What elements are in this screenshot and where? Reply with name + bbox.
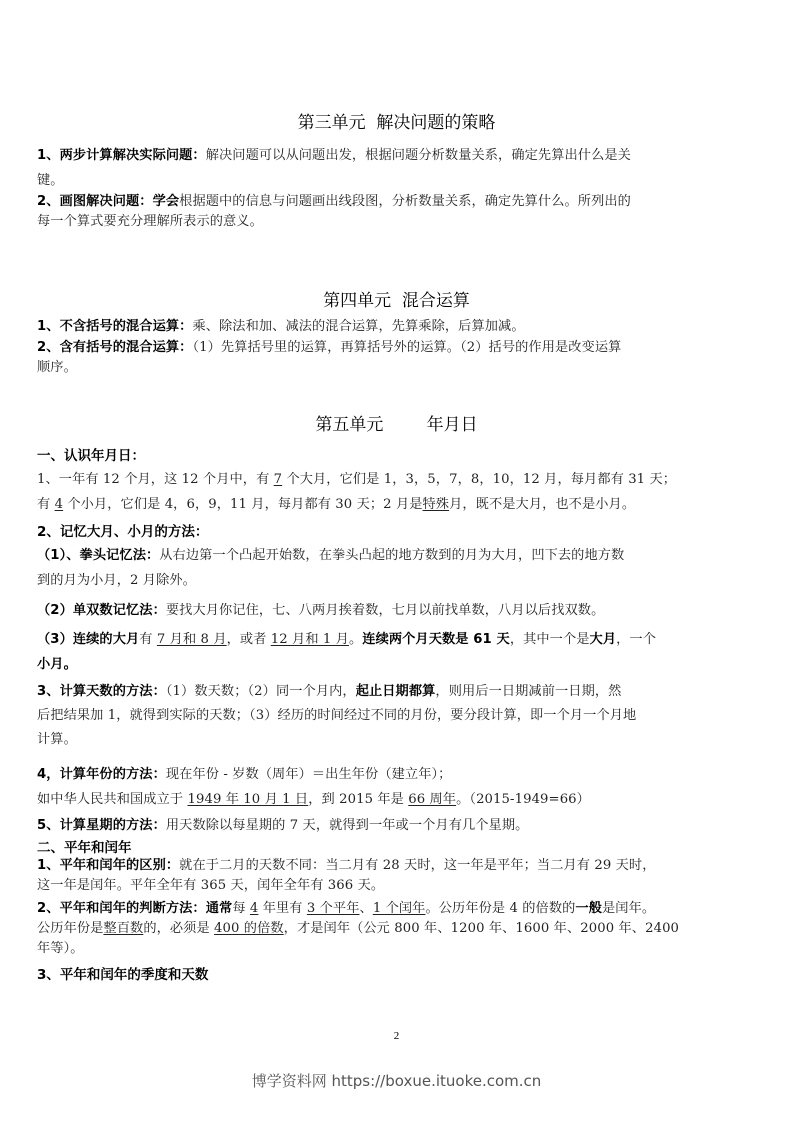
- text: 计算。: [37, 732, 77, 747]
- document-page: 第三单元 解决问题的策略 1、两步计算解决实际问题：解决问题可以从问题出发，根据…: [0, 0, 793, 1122]
- text: 月，既不是大月，也不是小月。: [449, 497, 635, 512]
- text: 每: [232, 901, 250, 916]
- unit5-count-weeks: 5、计算星期的方法：用天数除以每星期的 7 天，就得到一年或一个月有几个星期。: [37, 815, 759, 837]
- unit4-item1-text: 乘、除法和加、减法的混合运算，先算乘除，后算加减。: [192, 319, 524, 334]
- text: 。: [349, 632, 362, 647]
- method-label: （2）单双数记忆法：: [37, 603, 166, 618]
- unit5-sec1-item1: 1、一年有 12 个月，这 12 个月中，有 7 个大月，它们是 1，3，5，7…: [37, 467, 759, 517]
- item-label: 5、计算星期的方法：: [37, 818, 166, 833]
- text: 年等）。: [37, 941, 84, 956]
- text: 公历年份是: [37, 921, 103, 936]
- bold-text: 大月: [590, 632, 617, 647]
- text: 从右边第一个凸起开始数，在拳头凸起的地方数到的月为大月，凹下去的地方数: [159, 548, 624, 563]
- unit5-sec1-heading: 一、认识年月日：: [37, 444, 145, 464]
- text: ，则用后一日期减前一日期，然: [435, 684, 621, 699]
- text: 就在于二月的天数不同：当二月有 28 天时，这一年是平年；当二月有 29 天时，: [179, 858, 655, 873]
- text: ，或者: [227, 632, 271, 647]
- unit3-item1-text: 解决问题可以从问题出发，根据问题分析数量关系，确定先算出什么是关: [206, 148, 631, 163]
- text: 个小月，它们是 4，6，9，11 月，每月都有 30 天；2 月是: [63, 497, 422, 512]
- unit3-item1: 1、两步计算解决实际问题：解决问题可以从问题出发，根据问题分析数量关系，确定先算…: [37, 146, 759, 191]
- text: 个大月，它们是 1，3，5，7，8，10，12 月，每月都有 31 天；: [282, 472, 676, 487]
- unit4-item2: 2、含有括号的混合运算：（1）先算括号里的运算，再算括号外的运算。（2）括号的作…: [37, 338, 759, 378]
- unit5-leap-judgement: 2、平年和闰年的判断方法：通常每 4 年里有 3 个平年、1 个闰年。公历年份是…: [37, 899, 759, 959]
- unit4-item1: 1、不含括号的混合运算：乘、除法和加、减法的混合运算，先算乘除，后算加减。: [37, 317, 759, 337]
- text: 现在年份 - 岁数（周年）＝出生年份（建立年）；: [166, 767, 452, 782]
- page-number: 2: [0, 1030, 793, 1042]
- unit5-memory-heading: 2、记忆大月、小月的方法：: [37, 520, 208, 540]
- text: 1、一年有 12 个月，这 12 个月中，有: [37, 472, 274, 487]
- text: 有: [37, 497, 55, 512]
- text: 到的月为小月，2 月除外。: [37, 573, 196, 588]
- underlined-answer: 400 的倍数: [214, 921, 284, 936]
- unit3-item2: 2、画图解决问题：学会根据题中的信息与问题画出线段图，分析数量关系，确定先算什么…: [37, 192, 759, 232]
- unit3-title: 第三单元 解决问题的策略: [0, 108, 793, 133]
- unit3-item1-label: 1、两步计算解决实际问题：: [37, 148, 206, 163]
- unit5-memory-method2: （2）单双数记忆法：要找大月你记住，七、八两月挨着数，七月以前找单数，八月以后找…: [37, 598, 759, 623]
- bold-text: 起止日期都算: [356, 684, 436, 699]
- underlined-answer: 1 个闰年: [373, 901, 426, 916]
- underlined-answer: 特殊: [423, 497, 450, 512]
- underlined-answer: 3 个平年: [307, 901, 360, 916]
- text: ，到 2015 年是: [308, 792, 408, 807]
- text: 的，必须是: [143, 921, 214, 936]
- unit3-item1-text-cont: 键。: [37, 173, 64, 188]
- text: 、: [360, 901, 373, 916]
- method-label: （3）连续的大月: [37, 632, 139, 647]
- unit5-sec2-heading: 二、平年和闰年: [37, 836, 132, 856]
- unit5-count-days: 3、计算天数的方法：（1）数天数；（2）同一个月内，起止日期都算，则用后一日期减…: [37, 680, 759, 752]
- text: （1）数天数；（2）同一个月内，: [166, 684, 356, 699]
- underlined-answer: 4: [55, 497, 64, 512]
- underlined-answer: 7 月和 8 月: [157, 632, 227, 647]
- unit3-item2-text: 根据题中的信息与问题画出线段图，分析数量关系，确定先算什么。所列出的: [179, 194, 631, 209]
- text: 有: [139, 632, 157, 647]
- unit5-season-days-heading: 3、平年和闰年的季度和天数: [37, 963, 208, 983]
- unit4-item1-label: 1、不含括号的混合运算：: [37, 319, 192, 334]
- item-label: 3、计算天数的方法：: [37, 684, 166, 699]
- text: 这一年是闰年。平年全年有 365 天，闰年全年有 366 天。: [37, 878, 384, 893]
- bold-text: 小月。: [37, 657, 77, 672]
- text: 是闰年。: [602, 901, 655, 916]
- unit4-item2-text: （1）先算括号里的运算，再算括号外的运算。（2）括号的作用是改变运算: [192, 340, 621, 355]
- underlined-answer: 12 月和 1 月: [271, 632, 349, 647]
- item-label: 1、平年和闰年的区别：: [37, 858, 179, 873]
- unit3-item2-text-cont: 每一个算式要充分理解所表示的意义。: [37, 214, 263, 229]
- unit4-title: 第四单元 混合运算: [0, 286, 793, 311]
- method-label: （1）、拳头记忆法：: [37, 548, 159, 563]
- text: 后把结果加 1，就得到实际的天数；（3）经历的时间经过不同的月份，要分段计算，即…: [37, 708, 636, 723]
- text: 如中华人民共和国成立于: [37, 792, 187, 807]
- unit5-title: 第五单元 年月日: [0, 410, 793, 435]
- text: 用天数除以每星期的 7 天，就得到一年或一个月有几个星期。: [166, 818, 529, 833]
- bold-text: 一般: [575, 901, 602, 916]
- unit3-item2-label: 2、画图解决问题：学会: [37, 194, 179, 209]
- text: 。公历年份是 4 的倍数的: [425, 901, 575, 916]
- unit5-memory-method3: （3）连续的大月有 7 月和 8 月，或者 12 月和 1 月。连续两个月天数是…: [37, 627, 759, 677]
- underlined-answer: 66 周年: [408, 792, 456, 807]
- unit4-item2-text-cont: 顺序。: [37, 360, 77, 375]
- item-label: 2、平年和闰年的判断方法：通常: [37, 901, 232, 916]
- text: ，才是闰年（公元 800 年、1200 年、1600 年、2000 年、2400: [284, 921, 679, 936]
- bold-text: 连续两个月天数是 61 天: [362, 632, 510, 647]
- text: ，其中一个是: [510, 632, 590, 647]
- underlined-answer: 7: [274, 472, 283, 487]
- unit5-memory-method1: （1）、拳头记忆法：从右边第一个凸起开始数，在拳头凸起的地方数到的月为大月，凹下…: [37, 543, 759, 593]
- text: ，一个: [616, 632, 656, 647]
- underlined-answer: 1949 年 10 月 1 日: [187, 792, 308, 807]
- text: 要找大月你记住，七、八两月挨着数，七月以前找单数，八月以后找双数。: [166, 603, 604, 618]
- text: 。（2015-1949=66）: [456, 792, 590, 807]
- item-label: 4，计算年份的方法：: [37, 767, 166, 782]
- unit5-count-years: 4，计算年份的方法：现在年份 - 岁数（周年）＝出生年份（建立年）； 如中华人民…: [37, 762, 759, 812]
- underlined-answer: 整百数: [103, 921, 143, 936]
- unit5-leap-difference: 1、平年和闰年的区别：就在于二月的天数不同：当二月有 28 天时，这一年是平年；…: [37, 856, 759, 896]
- unit4-item2-label: 2、含有括号的混合运算：: [37, 340, 192, 355]
- text: 年里有: [258, 901, 306, 916]
- watermark: 博学资料网 https://boxue.ituoke.com.cn: [0, 1070, 793, 1091]
